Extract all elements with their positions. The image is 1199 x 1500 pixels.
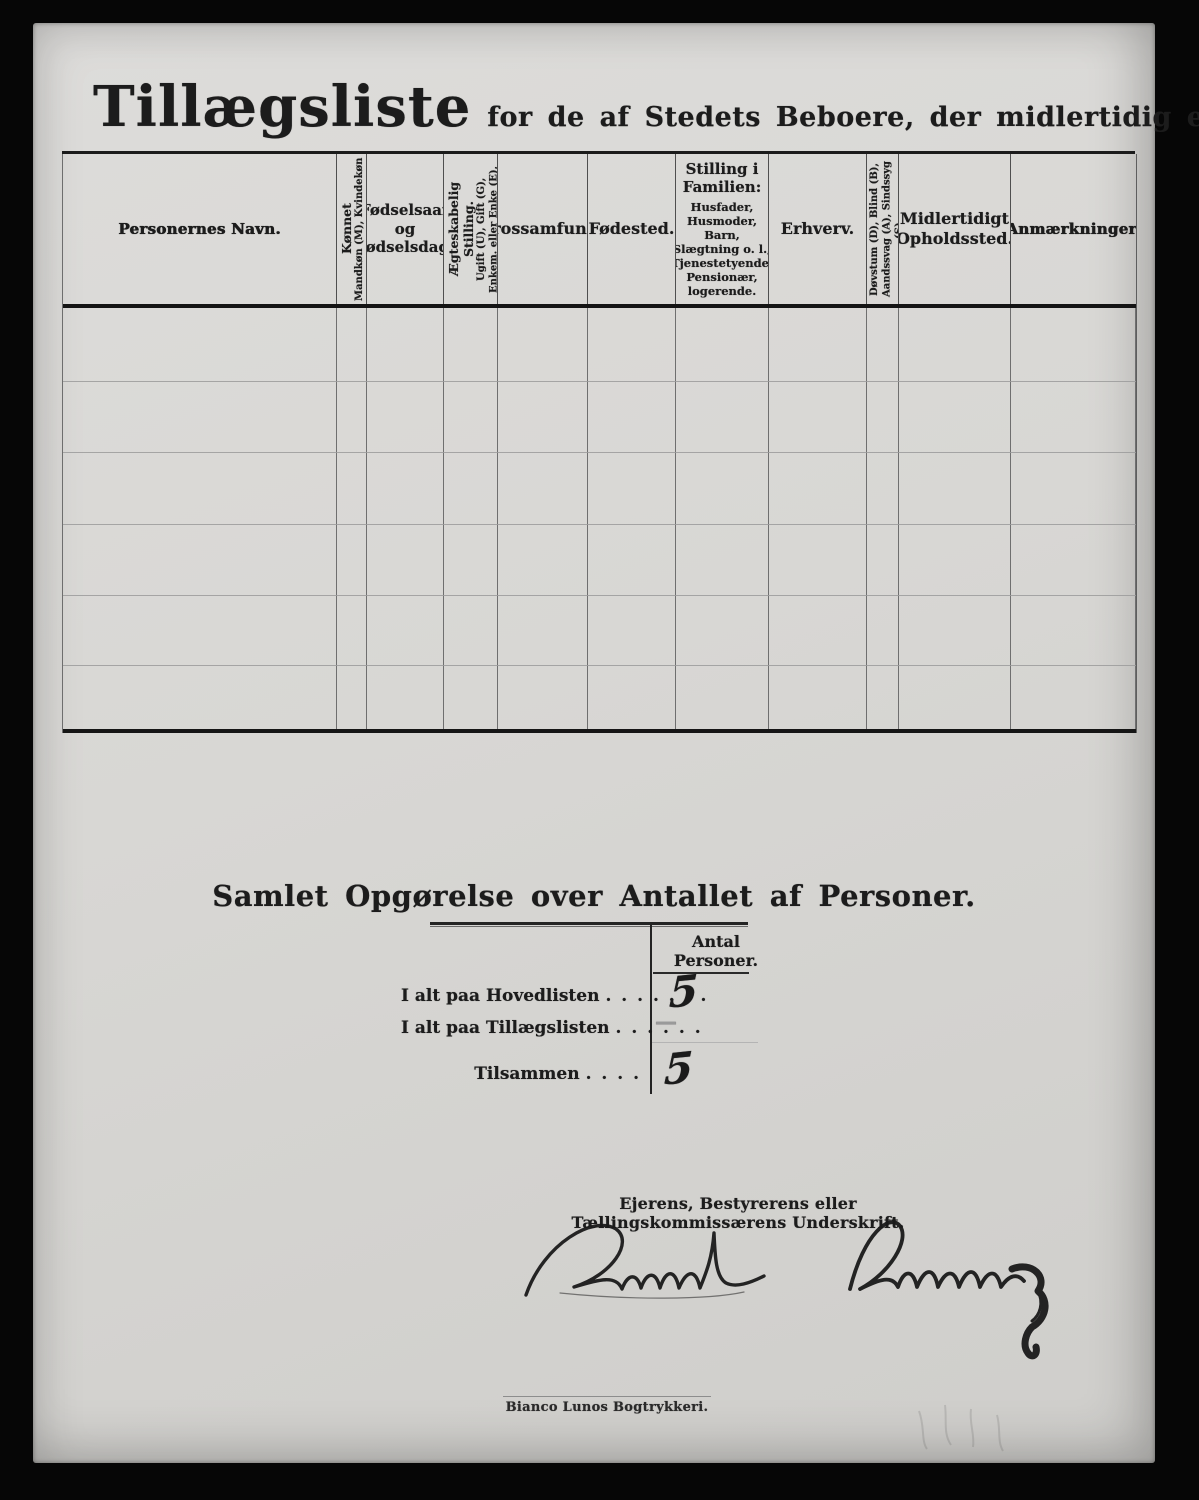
- table-body: [63, 308, 1136, 733]
- summary-header-underline: [653, 972, 749, 974]
- row-line: [63, 595, 1136, 596]
- column-header-personernes-navn: Personernes Navn.: [63, 154, 337, 304]
- column-header-dovstum: Døvstum (D), Blind (B), Aandssvag (A), S…: [867, 154, 899, 304]
- summary-row-tillaegslisten: I alt paa Tillægslisten. . . . . .: [401, 1018, 641, 1038]
- column-header-stilling-i-familien: Stilling i Familien: Husfader, Husmoder,…: [676, 154, 769, 304]
- summary-row-label: I alt paa Tillægslisten: [401, 1018, 610, 1038]
- column-header-fodested: Fødested.: [588, 154, 676, 304]
- column-header-trossamfund: Trossamfund.: [498, 154, 588, 304]
- summary-row-hovedlisten: I alt paa Hovedlisten. . . . . . .: [401, 986, 641, 1006]
- summary-row-tilsammen: Tilsammen. . . .: [401, 1064, 641, 1084]
- pencil-marks: [901, 1371, 1051, 1461]
- column-header-fodselsaar: Fødselsaar og Fødselsdag.: [367, 154, 444, 304]
- column-header-midlertidigt-opholdssted: Midlertidigt Opholdssted.: [899, 154, 1011, 304]
- imprint-rule: [503, 1396, 711, 1397]
- summary-heading: Samlet Opgørelse over Antallet af Person…: [33, 879, 1155, 913]
- column-header-erhverv: Erhverv.: [769, 154, 867, 304]
- summary-top-rule: [430, 922, 748, 927]
- handwritten-count-tilsammen: 5: [663, 1046, 694, 1091]
- column-header-anmaerkninger: Anmærkninger.: [1011, 154, 1136, 304]
- summary-row-label: Tilsammen: [474, 1064, 579, 1084]
- handwritten-dash-tillaegslisten: —: [655, 1009, 677, 1035]
- column-header-aegteskabelig-stilling: Ægteskabelig Stilling. Ugift (U), Gift (…: [444, 154, 498, 304]
- title-row: Tillægsliste for de af Stedets Beboere, …: [93, 79, 1199, 135]
- row-line: [63, 665, 1136, 666]
- summary-count-column-header: Antal Personer.: [650, 932, 782, 970]
- page-title: Tillægsliste: [93, 79, 471, 135]
- column-header-konnet: Kønnet Mandkøn (M), Kvindekøn (K).: [337, 154, 367, 304]
- handwritten-count-hovedlisten: 5: [668, 969, 699, 1014]
- summary-faint-line: [652, 1042, 758, 1043]
- page-subtitle: for de af Stedets Beboere, der midlertid…: [487, 102, 1199, 133]
- row-line: [63, 452, 1136, 453]
- scanned-census-page: Tillægsliste for de af Stedets Beboere, …: [0, 0, 1199, 1500]
- paper-sheet: Tillægsliste for de af Stedets Beboere, …: [33, 23, 1155, 1463]
- census-table: Personernes Navn. Kønnet Mandkøn (M), Kv…: [62, 154, 1137, 733]
- printer-imprint: Bianco Lunos Bogtrykkeri.: [503, 1400, 711, 1415]
- page-subtitle-regular: for de af Stedets Beboere, der midlertid…: [487, 102, 1199, 133]
- row-line: [63, 524, 1136, 525]
- table-header-row: Personernes Navn. Kønnet Mandkøn (M), Kv…: [63, 154, 1136, 308]
- leader-dots: . . . .: [586, 1064, 641, 1084]
- row-line: [63, 381, 1136, 382]
- handwritten-signature: [498, 1213, 1058, 1373]
- summary-row-label: I alt paa Hovedlisten: [401, 986, 599, 1006]
